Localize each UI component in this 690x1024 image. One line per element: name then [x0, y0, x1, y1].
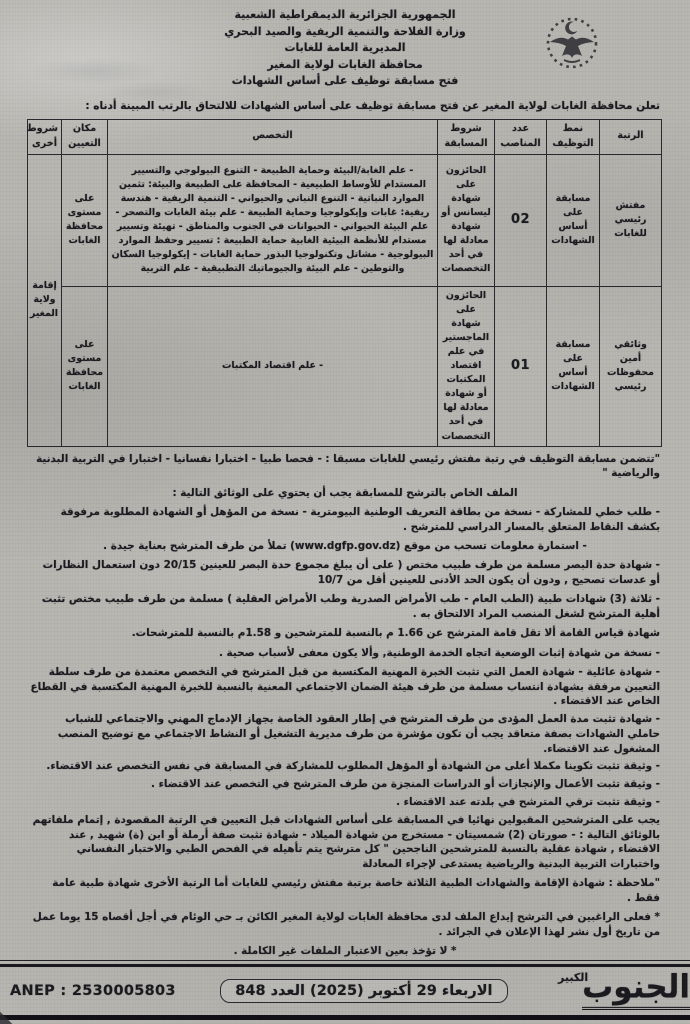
table-row: وثائقي أمين محفوظات رئيسي مسابقة على أسا…	[28, 286, 662, 446]
cell-location-1: على مستوى محافظة الغابات	[62, 154, 108, 286]
cell-positions-1: 02	[495, 154, 547, 286]
cell-mode-2: مسابقة على أساس الشهادات	[547, 286, 600, 446]
requirement-paragraph: - شهادة عائلية - شهادة العمل التي تثبت ا…	[30, 665, 660, 709]
col-header-mode: نمط التوظيف	[547, 119, 600, 154]
faint-stamp-mark	[25, 50, 225, 110]
requirement-paragraph: الملف الخاص بالترشح للمسابقة يجب أن يحتو…	[30, 486, 660, 501]
requirement-paragraph: - وثيقة تثبت ترقي المترشح في بلدته عند ا…	[30, 795, 660, 810]
footer-bar: الكبير الجنوب الاربعاء 29 أكتوبر (2025) …	[0, 964, 690, 1020]
cell-conditions-1: الحائزون على شهادة ليسانس أو شهادة معادل…	[438, 154, 495, 286]
requirement-paragraph: - وثيقة تثبت الأعمال والإنجازات أو الدرا…	[30, 777, 660, 792]
col-header-other: شروط أخرى	[28, 119, 62, 154]
requirements-section: "تتضمن مسابقة التوظيف في رتبة مفتش رئيسي…	[30, 452, 660, 959]
publication-date-box: الاربعاء 29 أكتوبر (2025) العدد 848	[176, 979, 552, 1003]
requirement-paragraph: - وثيقة تثبت تكوينا مكملا أعلى من الشهاد…	[30, 759, 660, 774]
newspaper-logo: الكبير الجنوب	[556, 969, 684, 1013]
col-header-conditions: شروط المسابقة	[438, 119, 495, 154]
table-row: مفتش رئيسي للغابات مسابقة على أساس الشها…	[28, 154, 662, 286]
col-header-rank: الرتبة	[600, 119, 662, 154]
incomplete-files-paragraph: * لا تؤخذ بعين الاعتبار الملفات غير الكا…	[30, 944, 660, 959]
publication-date: الاربعاء 29 أكتوبر (2025) العدد 848	[220, 979, 507, 1003]
newspaper-footer: الكبير الجنوب الاربعاء 29 أكتوبر (2025) …	[0, 960, 690, 1020]
requirement-paragraph: - استمارة معلومات تسحب من موقع (www.dgfp…	[30, 539, 660, 554]
requirement-paragraph: يجب على المترشحين المقبولين نهائيا في ال…	[30, 813, 660, 872]
table-header-row: الرتبة نمط التوظيف عدد المناصب شروط المس…	[28, 119, 662, 154]
cell-mode-1: مسابقة على أساس الشهادات	[547, 154, 600, 286]
newspaper-logo-main: الجنوب	[582, 968, 690, 1010]
requirement-paragraph: - ثلاثة (3) شهادات طبية (الطب العام - طب…	[30, 592, 660, 622]
deadline-paragraph: * فعلى الراغبين في الترشح إيداع الملف لد…	[30, 910, 660, 940]
requirement-paragraph: - شهادة حدة البصر مسلمة من طرف طبيب مختص…	[30, 558, 660, 588]
footer-divider	[0, 960, 690, 961]
requirement-paragraph: "تتضمن مسابقة التوظيف في رتبة مفتش رئيسي…	[30, 452, 660, 482]
requirement-paragraph: - طلب خطي للمشاركة - نسخة من بطاقة التعر…	[30, 505, 660, 535]
anep-number: ANEP : 2530005803	[10, 983, 176, 999]
cell-specialization-2: - علم اقتصاد المكتبات	[108, 286, 438, 446]
col-header-positions: عدد المناصب	[495, 119, 547, 154]
requirement-paragraph: شهادة قياس القامة ألا تقل قامة المترشح ع…	[30, 626, 660, 641]
note-paragraph: "ملاحظة : شهادة الإقامة والشهادات الطبية…	[30, 876, 660, 906]
col-header-specialization: التخصص	[108, 119, 438, 154]
cell-conditions-2: الحائزون على شهادة الماجستير في علم اقتص…	[438, 286, 495, 446]
positions-table: الرتبة نمط التوظيف عدد المناصب شروط المس…	[27, 119, 662, 447]
cell-location-2: على مستوى محافظة الغابات	[62, 286, 108, 446]
scanned-announcement-page: الجمهورية الجزائرية الديمقراطية الشعبية …	[0, 0, 690, 1024]
scan-corner-mark	[0, 1008, 14, 1024]
cell-specialization-1: - علم الغابة/البيئة وحماية الطبيعة - الت…	[108, 154, 438, 286]
cell-other-conditions: إقامة ولاية المغير	[28, 154, 62, 446]
col-header-location: مكان التعيين	[62, 119, 108, 154]
requirement-paragraph: - نسخة من شهادة إثبات الوضعية اتجاه الخد…	[30, 646, 660, 661]
cell-positions-2: 01	[495, 286, 547, 446]
algeria-eagle-emblem-icon	[540, 13, 604, 77]
cell-rank-2: وثائقي أمين محفوظات رئيسي	[600, 286, 662, 446]
requirement-paragraph: - شهادة تثبت مدة العمل المؤدى من طرف الم…	[30, 712, 660, 756]
cell-rank-1: مفتش رئيسي للغابات	[600, 154, 662, 286]
